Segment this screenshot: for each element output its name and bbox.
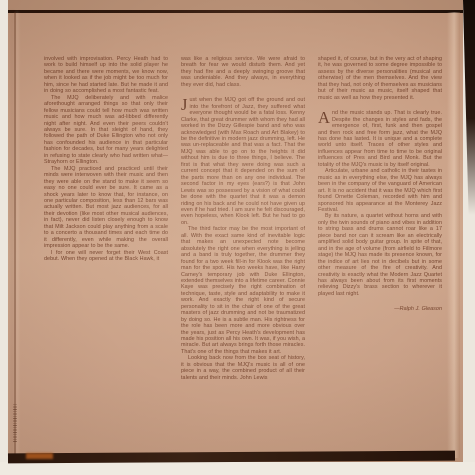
bottom-edge-glint: [26, 453, 53, 459]
cover-top-edge: [8, 10, 463, 13]
liner-paragraph: Looking back now from the box seat of hi…: [181, 355, 305, 381]
liner-notes-column-1: involved with improvisation. Percy Heath…: [44, 56, 168, 381]
liner-paragraph: The MJQ practiced and practiced until th…: [44, 166, 168, 250]
bottom-background: [0, 462, 475, 475]
liner-paragraph: Just when the MJQ got off the ground and…: [181, 97, 305, 226]
cover-right-crease: [447, 12, 460, 458]
liner-paragraph: was like a religious service. We were af…: [181, 56, 305, 88]
liner-paragraph: involved with improvisation. Percy Heath…: [44, 56, 168, 95]
liner-paragraph: The MJQ deliberately and with malice afo…: [44, 95, 168, 166]
spine-print-marks: [13, 404, 17, 442]
liner-notes: involved with improvisation. Percy Heath…: [44, 56, 442, 381]
liner-paragraph: shaped it, of course, but in the very ac…: [318, 56, 442, 101]
photo-background: involved with improvisation. Percy Heath…: [0, 0, 475, 475]
liner-paragraph: By its nature, a quartet without horns a…: [318, 213, 442, 297]
dropcap-letter: J: [181, 97, 189, 111]
album-back-cover: involved with improvisation. Percy Heath…: [8, 0, 463, 462]
liner-notes-column-2: was like a religious service. We were af…: [181, 56, 305, 381]
cover-top-flap: [8, 0, 463, 10]
spine-fold-line: [14, 12, 16, 460]
dropcap-letter: A: [318, 110, 332, 124]
liner-paragraph: I for one will never forget their West C…: [44, 250, 168, 263]
liner-notes-column-3: shaped it, of course, but in the very ac…: [318, 56, 442, 381]
liner-paragraph: Articulate, urbane and catholic in their…: [318, 168, 442, 213]
liner-paragraph: And the music stands up. That is clearly…: [318, 110, 442, 168]
liner-paragraph: The third factor may be the most importa…: [181, 226, 305, 355]
signature: —Ralph J. Gleason: [318, 306, 442, 312]
